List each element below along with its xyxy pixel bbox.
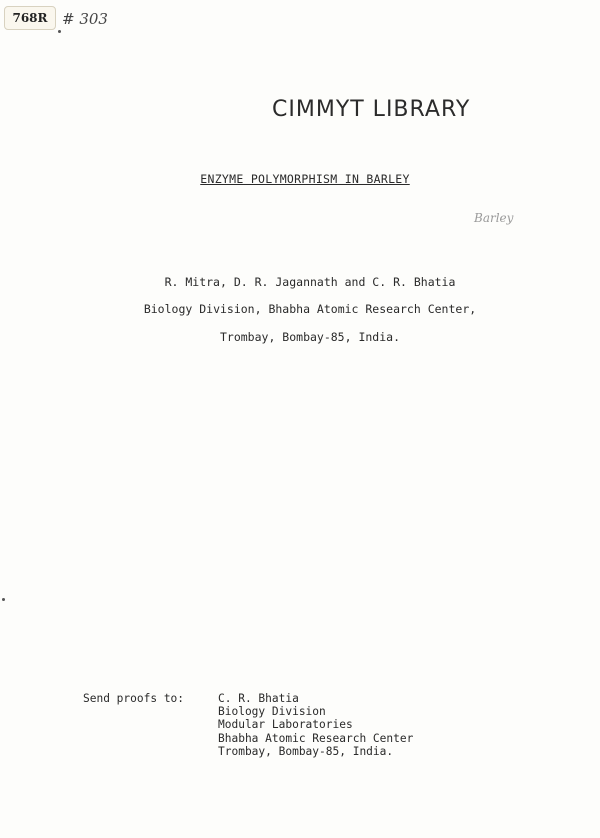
send-proofs-address: C. R. Bhatia Biology Division Modular La… <box>218 692 413 758</box>
handwritten-note: Barley <box>474 211 513 225</box>
catalog-label: 768R <box>4 6 56 30</box>
address-line: Modular Laboratories <box>218 718 413 731</box>
address-line: Biology Division <box>218 705 413 718</box>
send-proofs-label: Send proofs to: <box>83 692 184 705</box>
handwritten-number: # 303 <box>62 10 108 28</box>
authors: R. Mitra, D. R. Jagannath and C. R. Bhat… <box>0 275 600 289</box>
library-stamp: CIMMYT LIBRARY <box>272 97 470 122</box>
address-line: Trombay, Bombay-85, India. <box>218 745 413 758</box>
affiliation-line-2: Trombay, Bombay-85, India. <box>0 330 600 344</box>
punch-mark <box>58 30 61 33</box>
affiliation-line-1: Biology Division, Bhabha Atomic Research… <box>0 302 600 316</box>
address-line: C. R. Bhatia <box>218 692 413 705</box>
address-line: Bhabha Atomic Research Center <box>218 732 413 745</box>
document-title: ENZYME POLYMORPHISM IN BARLEY <box>0 172 600 186</box>
margin-mark <box>2 598 5 601</box>
